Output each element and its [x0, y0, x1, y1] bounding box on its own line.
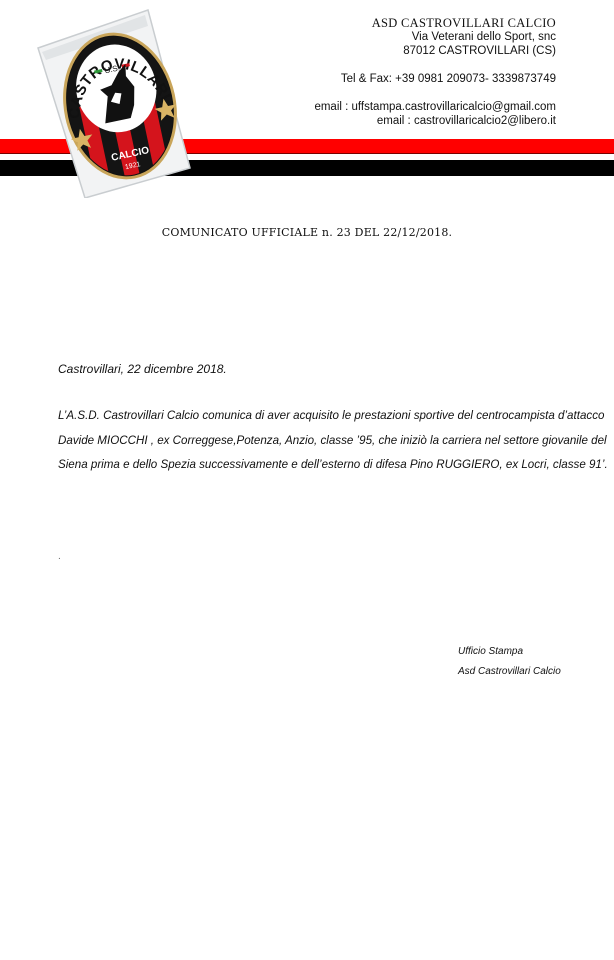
body-line: Davide MIOCCHI , ex Correggese,Potenza, …	[58, 429, 598, 454]
body-line: Siena prima e dello Spezia successivamen…	[58, 453, 598, 478]
email-club: email : castrovillaricalcio2@libero.it	[314, 114, 556, 128]
signature-block: Ufficio Stampa Asd Castrovillari Calcio	[458, 642, 561, 682]
signature-office: Ufficio Stampa	[458, 642, 561, 662]
club-logo: CASTROVILLARI U.S. CALCIO 1921	[30, 8, 210, 198]
stray-mark: .	[58, 551, 61, 562]
body-line: L’A.S.D. Castrovillari Calcio comunica d…	[58, 404, 598, 429]
email-press: email : uffstampa.castrovillaricalcio@gm…	[314, 100, 556, 114]
organization-name: ASD CASTROVILLARI CALCIO	[314, 16, 556, 30]
contact-block: ASD CASTROVILLARI CALCIO Via Veterani de…	[314, 16, 556, 128]
address-line-1: Via Veterani dello Sport, snc	[314, 30, 556, 44]
signature-club: Asd Castrovillari Calcio	[458, 662, 561, 682]
announcement-body: L’A.S.D. Castrovillari Calcio comunica d…	[58, 404, 598, 478]
club-crest-icon: CASTROVILLARI U.S. CALCIO 1921	[30, 8, 210, 198]
phone-fax: Tel & Fax: +39 0981 209073- 3339873749	[314, 72, 556, 86]
date-line: Castrovillari, 22 dicembre 2018.	[58, 362, 227, 376]
communique-title: COMUNICATO UFFICIALE n. 23 DEL 22/12/201…	[0, 226, 614, 239]
address-line-2: 87012 CASTROVILLARI (CS)	[314, 44, 556, 58]
